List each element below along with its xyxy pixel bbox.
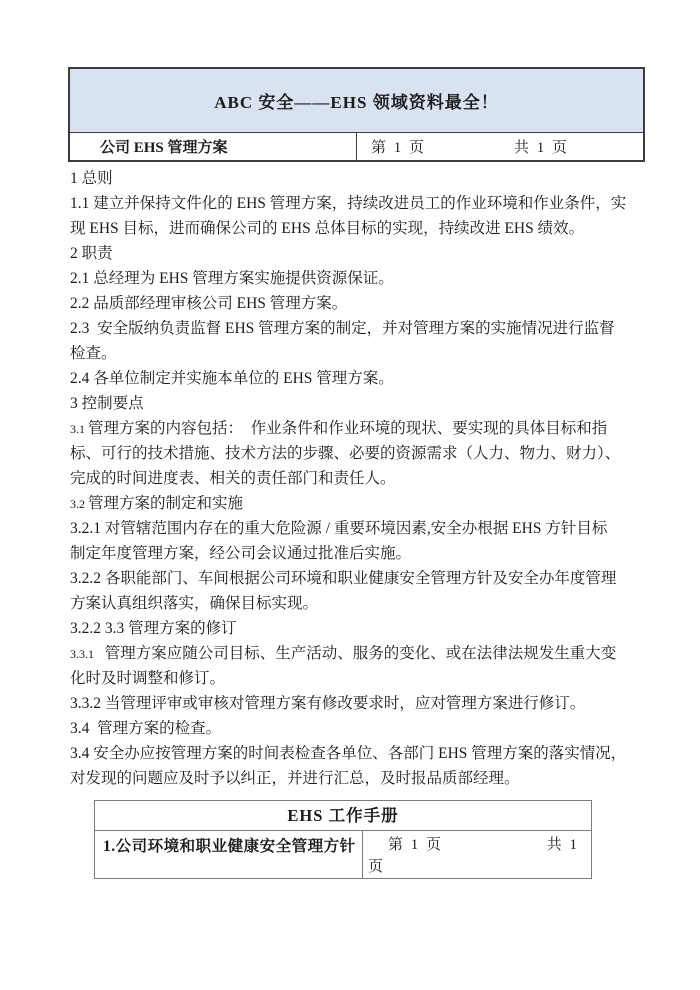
body-line: 3.2 管理方案的制定和实施: [70, 491, 650, 516]
body-line: 2.1 总经理为 EHS 管理方案实施提供资源保证。: [70, 266, 650, 291]
banner-title: ABC 安全——EHS 领域资料最全！: [70, 69, 643, 133]
section-number: 3.1: [70, 422, 88, 436]
body-line: 对发现的问题应及时予以纠正，并进行汇总，及时报品质部经理。: [70, 766, 650, 791]
document-page: { "header": { "banner": "ABC 安全——EHS 领域资…: [0, 0, 700, 990]
body-line-text: 2 职责: [70, 245, 113, 262]
footer-total-pages-part2: 页: [368, 856, 581, 878]
total-pages-label: 共 1 页: [514, 136, 569, 157]
body-line: 完成的时间进度表、相关的责任部门和责任人。: [70, 466, 650, 491]
body-line-text: 2.2 品质部经理审核公司 EHS 管理方案。: [70, 295, 347, 312]
body-line-text: 检查。: [70, 345, 117, 362]
body-line-text: 现 EHS 目标，进而确保公司的 EHS 总体目标的实现，持续改进 EHS 绩效…: [70, 220, 584, 237]
document-title: 公司 EHS 管理方案: [70, 133, 357, 160]
footer-table-row: 1.公司环境和职业健康安全管理方针 第 1 页 共 1 页: [95, 831, 591, 878]
body-line: 3.3.1 管理方案应随公司目标、生产活动、服务的变化、或在法律法规发生重大变: [70, 641, 650, 666]
body-line-text: 对发现的问题应及时予以纠正，并进行汇总，及时报品质部经理。: [70, 770, 520, 787]
footer-total-pages-part1: 共 1: [547, 834, 579, 856]
body-line-text: 3.4 安全办应按管理方案的时间表检查各单位、各部门 EHS 管理方案的落实情况…: [70, 745, 626, 762]
document-header-table: ABC 安全——EHS 领域资料最全！ 公司 EHS 管理方案 第 1 页 共 …: [68, 67, 645, 162]
body-line: 2.4 各单位制定并实施本单位的 EHS 管理方案。: [70, 366, 650, 391]
body-line-text: 3 控制要点: [70, 395, 144, 412]
section-number: 3.3.1: [70, 647, 97, 661]
footer-page-line1: 第 1 页 共 1: [368, 834, 581, 856]
body-line-text: 1.1 建立并保持文件化的 EHS 管理方案，持续改进员工的作业环境和作业条件，…: [70, 195, 626, 212]
body-line-text: 3.4 管理方案的检查。: [70, 720, 221, 737]
footer-item-title: 1.公司环境和职业健康安全管理方针: [95, 831, 363, 878]
body-line-text: 管理方案的内容包括： 作业条件和作业环境的现状、要实现的具体目标和指: [88, 420, 607, 437]
header-meta-row: 公司 EHS 管理方案 第 1 页 共 1 页: [70, 133, 643, 160]
body-line: 3.2.1 对管辖范围内存在的重大危险源 / 重要环境因素,安全办根据 EHS …: [70, 516, 650, 541]
footer-page-info-cell: 第 1 页 共 1 页: [363, 831, 591, 878]
body-line-text: 标、可行的技术措施、技术方法的步骤、必要的资源需求（人力、物力、财力）、: [70, 445, 620, 462]
body-line-text: 方案认真组织落实，确保目标实现。: [70, 595, 318, 612]
body-line: 2 职责: [70, 241, 650, 266]
body-line-text: 管理方案应随公司目标、生产活动、服务的变化、或在法律法规发生重大变: [97, 645, 616, 662]
body-line-text: 3.2.2 各职能部门、车间根据公司环境和职业健康安全管理方针及安全办年度管理: [70, 570, 616, 587]
section-number: 3.2: [70, 497, 88, 511]
body-line: 2.2 品质部经理审核公司 EHS 管理方案。: [70, 291, 650, 316]
page-number-label: 第 1 页: [371, 136, 426, 157]
body-line: 方案认真组织落实，确保目标实现。: [70, 591, 650, 616]
body-line: 1 总则: [70, 166, 650, 191]
body-line: 化时及时调整和修订。: [70, 666, 650, 691]
footer-table: EHS 工作手册 1.公司环境和职业健康安全管理方针 第 1 页 共 1 页: [94, 800, 592, 879]
body-line: 2.3 安全版纳负责监督 EHS 管理方案的制定，并对管理方案的实施情况进行监督: [70, 316, 650, 341]
body-line: 3.3.2 当管理评审或审核对管理方案有修改要求时，应对管理方案进行修订。: [70, 691, 650, 716]
body-line: 3.4 管理方案的检查。: [70, 716, 650, 741]
body-line: 3.4 安全办应按管理方案的时间表检查各单位、各部门 EHS 管理方案的落实情况…: [70, 741, 650, 766]
body-line: 检查。: [70, 341, 650, 366]
body-line: 标、可行的技术措施、技术方法的步骤、必要的资源需求（人力、物力、财力）、: [70, 441, 650, 466]
body-line-text: 3.2.1 对管辖范围内存在的重大危险源 / 重要环境因素,安全办根据 EHS …: [70, 520, 607, 537]
body-line-text: 管理方案的制定和实施: [88, 495, 243, 512]
body-line: 3.2.2 3.3 管理方案的修订: [70, 616, 650, 641]
body-line-text: 1 总则: [70, 170, 113, 187]
body-line-text: 3.3.2 当管理评审或审核对管理方案有修改要求时，应对管理方案进行修订。: [70, 695, 585, 712]
body-line: 3.2.2 各职能部门、车间根据公司环境和职业健康安全管理方针及安全办年度管理: [70, 566, 650, 591]
body-line: 3 控制要点: [70, 391, 650, 416]
footer-page-number-label: 第 1 页: [388, 834, 443, 856]
body-line-text: 完成的时间进度表、相关的责任部门和责任人。: [70, 470, 396, 487]
body-line-text: 2.1 总经理为 EHS 管理方案实施提供资源保证。: [70, 270, 394, 287]
page-info-cell: 第 1 页 共 1 页: [357, 133, 643, 160]
body-line: 3.1 管理方案的内容包括： 作业条件和作业环境的现状、要实现的具体目标和指: [70, 416, 650, 441]
body-line-text: 3.2.2 3.3 管理方案的修订: [70, 620, 237, 637]
body-line-text: 制定年度管理方案，经公司会议通过批准后实施。: [70, 545, 411, 562]
body-line: 1.1 建立并保持文件化的 EHS 管理方案，持续改进员工的作业环境和作业条件，…: [70, 191, 650, 216]
body-line-text: 2.4 各单位制定并实施本单位的 EHS 管理方案。: [70, 370, 394, 387]
body-line: 现 EHS 目标，进而确保公司的 EHS 总体目标的实现，持续改进 EHS 绩效…: [70, 216, 650, 241]
body-line-text: 化时及时调整和修订。: [70, 670, 225, 687]
footer-table-title: EHS 工作手册: [95, 801, 591, 831]
body-line-text: 2.3 安全版纳负责监督 EHS 管理方案的制定，并对管理方案的实施情况进行监督: [70, 320, 615, 337]
document-body: 1 总则 1.1 建立并保持文件化的 EHS 管理方案，持续改进员工的作业环境和…: [70, 166, 650, 791]
body-line: 制定年度管理方案，经公司会议通过批准后实施。: [70, 541, 650, 566]
